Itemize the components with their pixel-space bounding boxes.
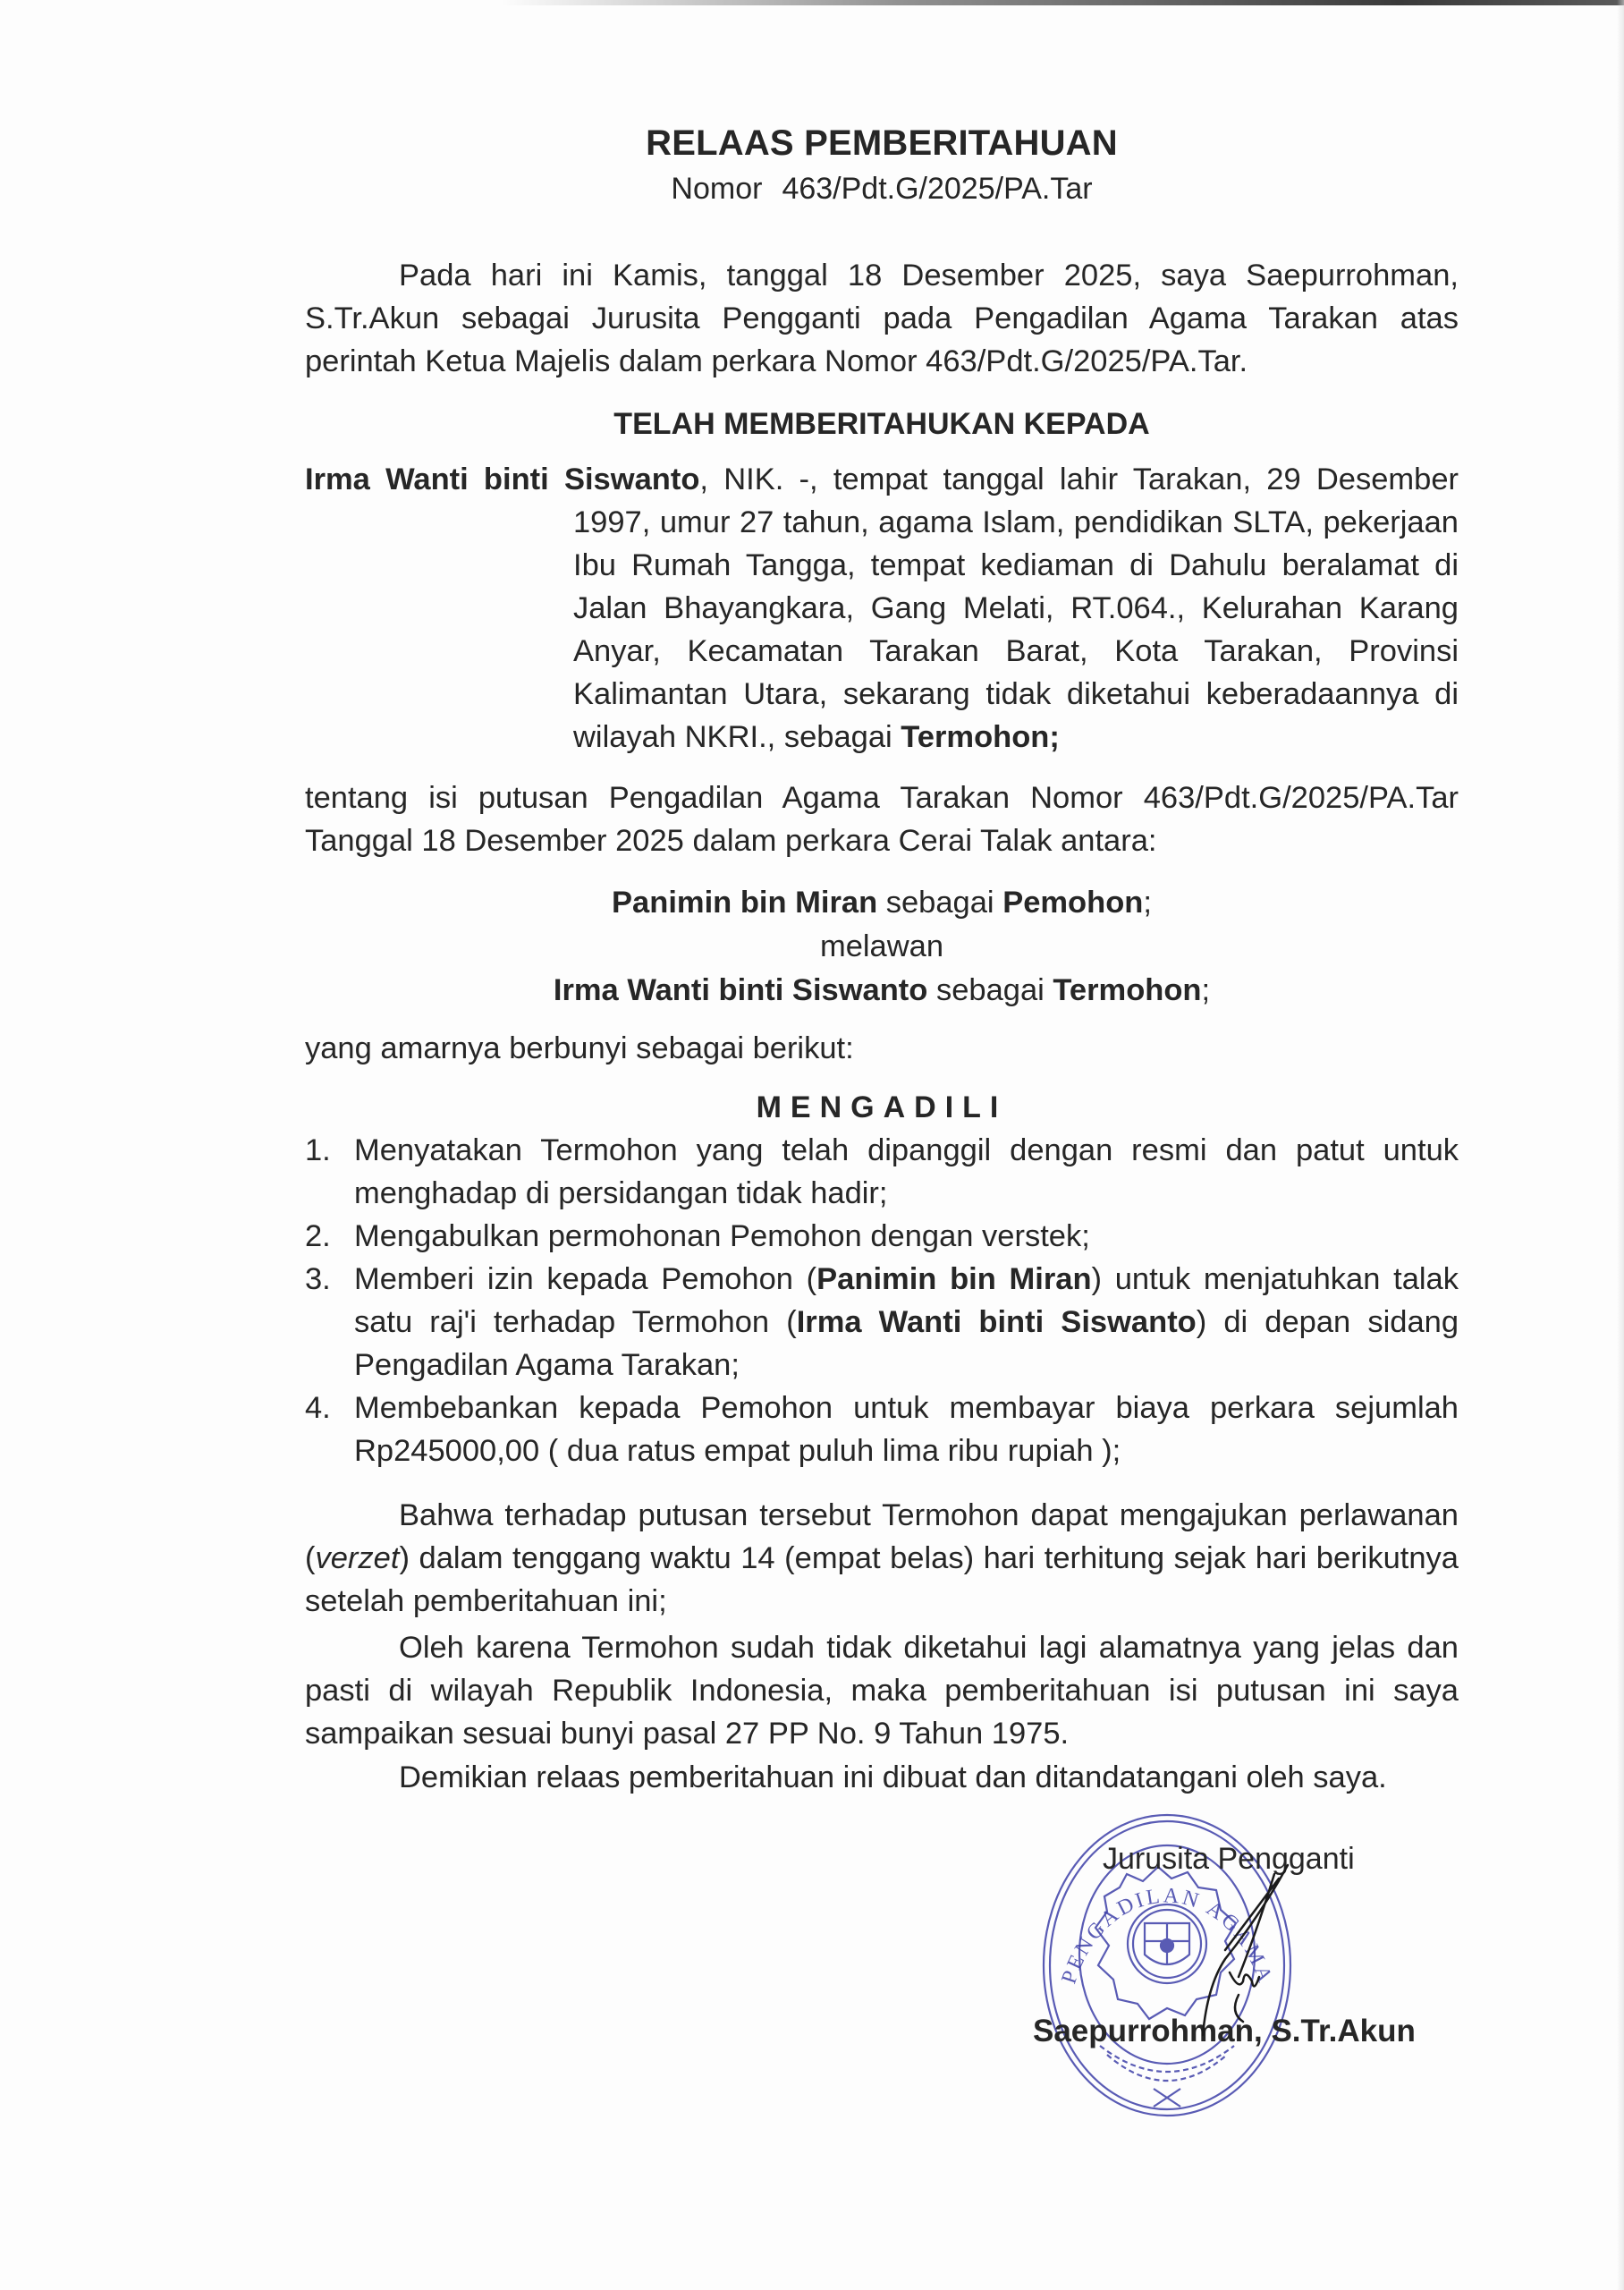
- verdict-item-number: 3.: [305, 1258, 331, 1301]
- closing-statement: Demikian relaas pemberitahuan ini dibuat…: [305, 1756, 1459, 1799]
- respondent-end: ;: [1202, 973, 1211, 1007]
- applicant-mid: sebagai: [877, 886, 1002, 920]
- document-title: RELAAS PEMBERITAHUAN: [305, 121, 1459, 165]
- scan-edge-right: [1617, 0, 1624, 2290]
- verdict-item: 4. Membebankan kepada Pemohon untuk memb…: [305, 1387, 1459, 1472]
- versus-line: melawan: [305, 925, 1459, 968]
- party-first-line-rest: , NIK. -, tempat tanggal lahir Tarakan, …: [699, 462, 1459, 496]
- applicant-name: Panimin bin Miran: [612, 886, 877, 920]
- party-details-text: 1997, umur 27 tahun, agama Islam, pendid…: [573, 505, 1459, 754]
- verdict-item-text: Menyatakan Termohon yang telah dipanggil…: [354, 1133, 1459, 1210]
- opening-paragraph: Pada hari ini Kamis, tanggal 18 Desember…: [305, 254, 1459, 383]
- scan-edge-shadow: [501, 0, 1624, 5]
- applicant-end: ;: [1143, 886, 1152, 920]
- regarding-paragraph: tentang isi putusan Pengadilan Agama Tar…: [305, 776, 1459, 862]
- verdict-item: 3. Memberi izin kepada Pemohon (Panimin …: [305, 1258, 1459, 1387]
- verdict-item-text: Mengabulkan permohonan Pemohon dengan ve…: [354, 1219, 1090, 1253]
- signature-icon: [1189, 1861, 1306, 2040]
- applicant-line: Panimin bin Miran sebagai Pemohon;: [305, 881, 1459, 924]
- verdict-respondent-name: Irma Wanti binti Siswanto: [797, 1305, 1197, 1339]
- heading-notified: TELAH MEMBERITAHUKAN KEPADA: [305, 403, 1459, 445]
- unknown-address-paragraph: Oleh karena Termohon sudah tidak diketah…: [305, 1626, 1459, 1755]
- verdict-item-number: 1.: [305, 1129, 331, 1172]
- verzet-term: verzet: [316, 1541, 400, 1575]
- party-description: Irma Wanti binti Siswanto, NIK. -, tempa…: [305, 458, 1459, 759]
- respondent-mid: sebagai: [927, 973, 1053, 1007]
- verdict-item-text-pre: Memberi izin kepada Pemohon (: [354, 1262, 816, 1296]
- verdict-item-text: Membebankan kepada Pemohon untuk membaya…: [354, 1391, 1459, 1468]
- objection-text-post: ) dalam tenggang waktu 14 (empat belas) …: [305, 1541, 1459, 1618]
- verdict-item: 2. Mengabulkan permohonan Pemohon dengan…: [305, 1215, 1459, 1258]
- verdict-item-number: 4.: [305, 1387, 331, 1429]
- document-number-label: Nomor: [671, 172, 762, 206]
- document-number: Nomor463/Pdt.G/2025/PA.Tar: [305, 168, 1459, 209]
- verdict-item: 1. Menyatakan Termohon yang telah dipang…: [305, 1129, 1459, 1215]
- heading-verdict: MENGADILI: [305, 1086, 1459, 1129]
- party-details: 1997, umur 27 tahun, agama Islam, pendid…: [573, 501, 1459, 759]
- respondent-line: Irma Wanti binti Siswanto sebagai Termoh…: [305, 969, 1459, 1012]
- party-first-line: Irma Wanti binti Siswanto, NIK. -, tempa…: [305, 458, 1459, 501]
- applicant-role: Pemohon: [1002, 886, 1143, 920]
- document-number-value: 463/Pdt.G/2025/PA.Tar: [782, 172, 1092, 206]
- verdict-list: 1. Menyatakan Termohon yang telah dipang…: [305, 1129, 1459, 1472]
- verdict-applicant-name: Panimin bin Miran: [816, 1262, 1091, 1296]
- party-role: Termohon;: [901, 720, 1060, 754]
- respondent-role: Termohon: [1053, 973, 1201, 1007]
- respondent-name: Irma Wanti binti Siswanto: [554, 973, 928, 1007]
- verdict-intro: yang amarnya berbunyi sebagai berikut:: [305, 1027, 1459, 1070]
- objection-paragraph: Bahwa terhadap putusan tersebut Termohon…: [305, 1494, 1459, 1623]
- party-name: Irma Wanti binti Siswanto: [305, 462, 699, 496]
- verdict-item-number: 2.: [305, 1215, 331, 1258]
